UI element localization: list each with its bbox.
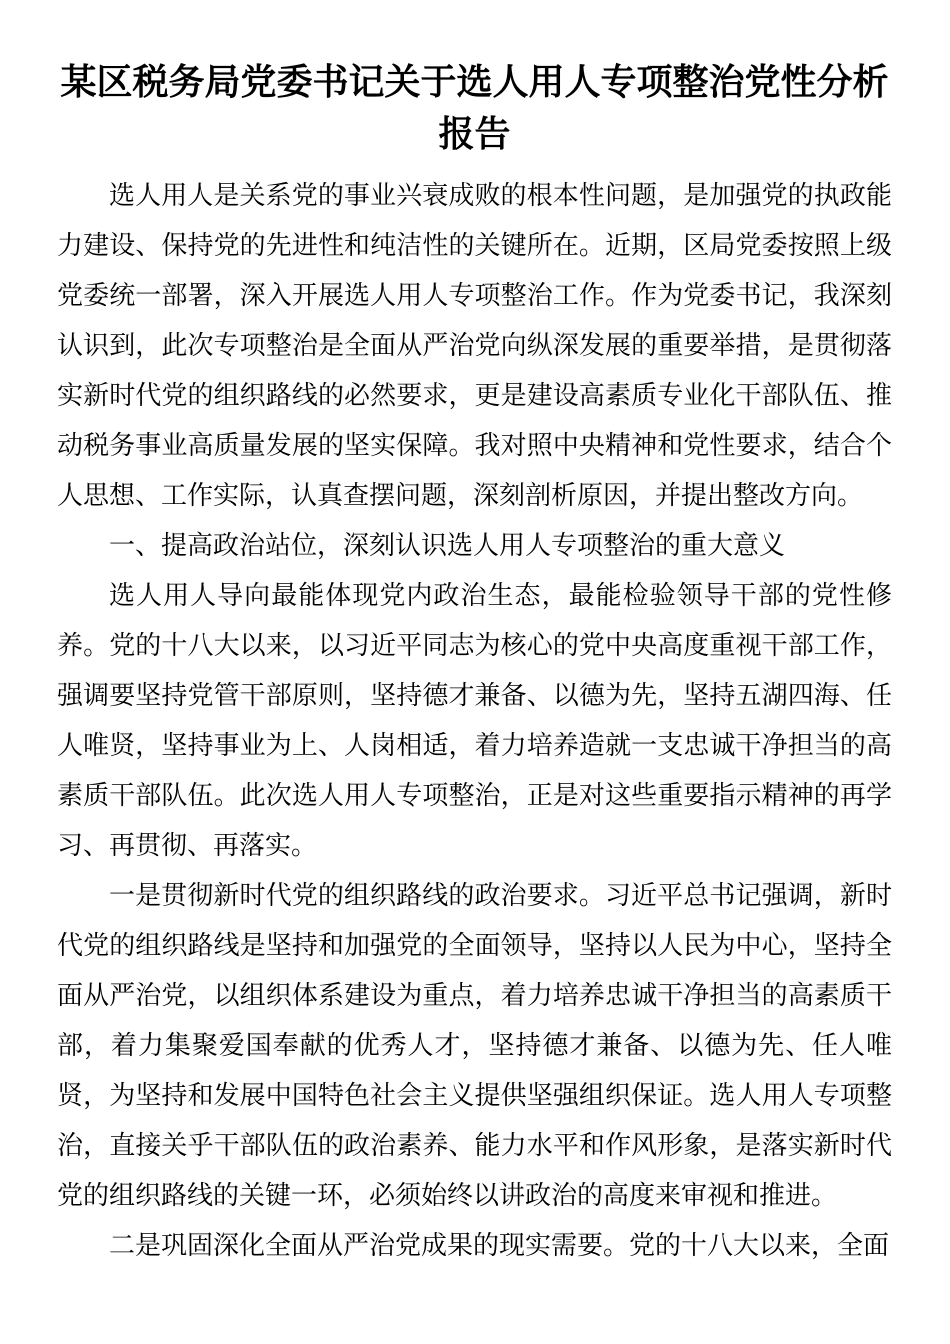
document-page: 某区税务局党委书记关于选人用人专项整治党性分析报告 选人用人是关系党的事业兴衰成…: [0, 0, 950, 1344]
section-heading: 一、提高政治站位，深刻认识选人用人专项整治的重大意义: [57, 520, 892, 570]
paragraph: 选人用人导向最能体现党内政治生态，最能检验领导干部的党性修养。党的十八大以来，以…: [57, 570, 892, 870]
paragraph: 一是贯彻新时代党的组织路线的政治要求。习近平总书记强调，新时代党的组织路线是坚持…: [57, 870, 892, 1220]
document-body: 选人用人是关系党的事业兴衰成败的根本性问题，是加强党的执政能力建设、保持党的先进…: [57, 170, 892, 1270]
document-title: 某区税务局党委书记关于选人用人专项整治党性分析报告: [57, 56, 892, 160]
paragraph: 二是巩固深化全面从严治党成果的现实需要。党的十八大以来，全面: [57, 1220, 892, 1270]
paragraph: 选人用人是关系党的事业兴衰成败的根本性问题，是加强党的执政能力建设、保持党的先进…: [57, 170, 892, 520]
